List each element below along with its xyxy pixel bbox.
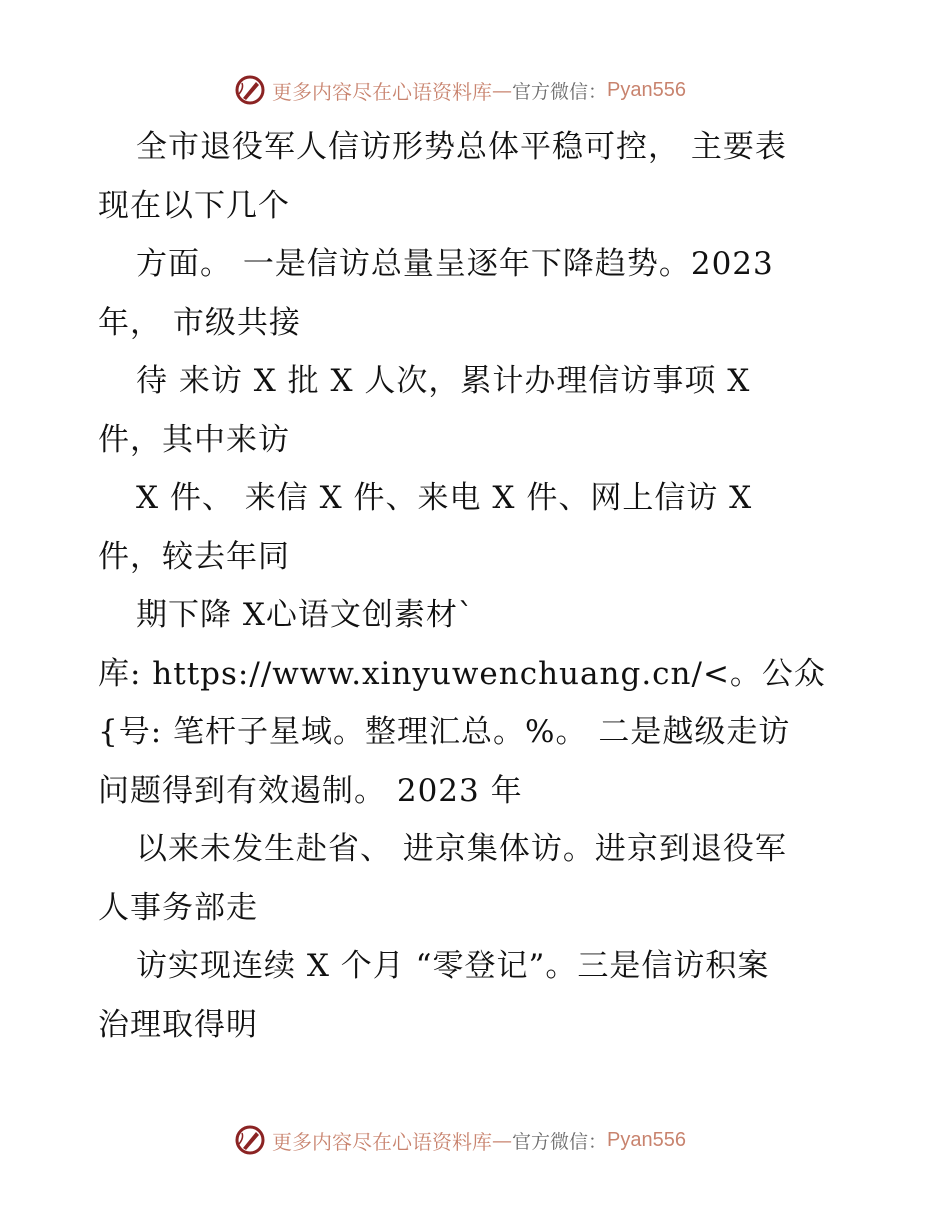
text-line: 方面。 一是信访总量呈逐年下降趋势。2023	[98, 235, 858, 294]
promo-text: 更多内容尽在心语资料库	[272, 1126, 492, 1155]
text-line: {号: 笔杆子星域。整理汇总。%。 二是越级走访	[98, 703, 858, 762]
text-line: 库: https://www.xinyuwenchuang.cn/<。公众	[98, 645, 858, 704]
pen-logo-icon	[234, 74, 266, 106]
footer-banner: 更多内容尽在心语资料库 — 官方微信： Pyan556	[234, 1122, 686, 1158]
text-line: 访实现连续 X 个月 “零登记”。三是信访积案	[98, 937, 858, 996]
text-line: 问题得到有效遏制。 2023 年	[98, 762, 858, 821]
banner-dash: —	[492, 1128, 512, 1152]
wechat-id: Pyan556	[607, 79, 686, 102]
text-line: 件，较去年同	[98, 528, 858, 587]
wechat-label: 官方微信：	[512, 77, 607, 104]
wechat-label: 官方微信：	[512, 1127, 607, 1154]
wechat-id: Pyan556	[607, 1129, 686, 1152]
text-line: 期下降 X心语文创素材`	[98, 586, 858, 645]
banner-dash: —	[492, 78, 512, 102]
document-body: 全市退役军人信访形势总体平稳可控， 主要表 现在以下几个 方面。 一是信访总量呈…	[98, 118, 858, 1054]
text-line: 全市退役军人信访形势总体平稳可控， 主要表	[98, 118, 858, 177]
header-banner: 更多内容尽在心语资料库 — 官方微信： Pyan556	[234, 72, 686, 108]
text-line: 件，其中来访	[98, 411, 858, 470]
text-line: 人事务部走	[98, 879, 858, 938]
text-line: 治理取得明	[98, 996, 858, 1055]
pen-logo-icon	[234, 1124, 266, 1156]
text-line: 年， 市级共接	[98, 294, 858, 353]
promo-text: 更多内容尽在心语资料库	[272, 76, 492, 105]
text-line: X 件、 来信 X 件、来电 X 件、网上信访 X	[98, 469, 858, 528]
text-line: 现在以下几个	[98, 177, 858, 236]
text-line: 待 来访 X 批 X 人次，累计办理信访事项 X	[98, 352, 858, 411]
text-line: 以来未发生赴省、 进京集体访。进京到退役军	[98, 820, 858, 879]
